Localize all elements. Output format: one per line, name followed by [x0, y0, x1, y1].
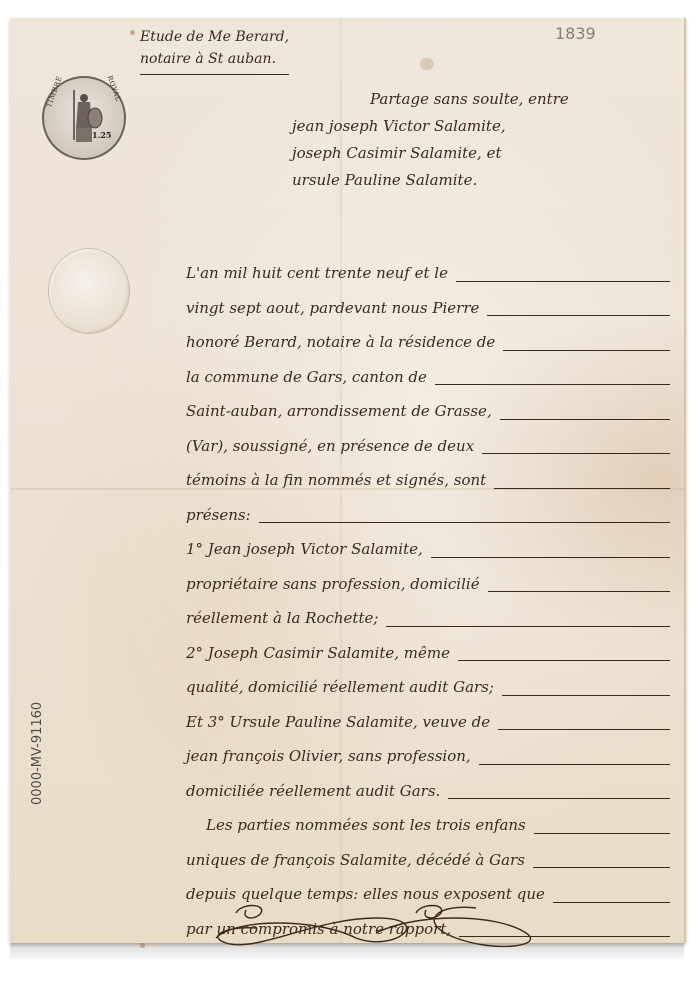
signature-flourish-icon [196, 898, 596, 958]
foxing-spot [140, 943, 145, 948]
body-line: Les parties nommées sont les trois enfan… [186, 808, 676, 843]
body-line: Saint-auban, arrondissement de Grasse, [186, 394, 676, 429]
line-filler-dash [498, 729, 670, 730]
line-filler-dash [482, 453, 670, 454]
line-filler-dash [488, 591, 670, 592]
body-line: Et 3° Ursule Pauline Salamite, veuve de [186, 705, 676, 740]
body-line: jean françois Olivier, sans profession, [186, 739, 676, 774]
body-line: L'an mil huit cent trente neuf et le [186, 256, 676, 291]
line-filler-dash [500, 419, 670, 420]
title-line: jean joseph Victor Salamite, [292, 113, 682, 140]
line-filler-dash [458, 660, 670, 661]
line-filler-dash [435, 384, 670, 385]
title-line: ursule Pauline Salamite. [292, 167, 682, 194]
title-line: joseph Casimir Salamite, et [292, 140, 682, 167]
line-filler-dash [502, 695, 670, 696]
body-line: uniques de françois Salamite, décédé à G… [186, 843, 676, 878]
deed-title: Partage sans soulte, entre jean joseph V… [292, 86, 682, 194]
line-filler-dash [386, 626, 670, 627]
body-line: 2° Joseph Casimir Salamite, même [186, 636, 676, 671]
notary-office-note: Etude de Me Berard, notaire à St auban. [140, 26, 289, 75]
body-line: (Var), soussigné, en présence de deux [186, 429, 676, 464]
tax-stamp-icon: TIMBRE ROYAL 1.25 [42, 76, 126, 160]
body-line: réellement à la Rochette; [186, 601, 676, 636]
line-filler-dash [431, 557, 670, 558]
line-filler-dash [479, 764, 670, 765]
body-line: domiciliée réellement audit Gars. [186, 774, 676, 809]
body-line: la commune de Gars, canton de [186, 360, 676, 395]
body-line: propriétaire sans profession, domicilié [186, 567, 676, 602]
foxing-spot [420, 58, 434, 70]
embossed-seal-icon [48, 248, 130, 334]
margin-archive-annotation: 0000-MV-91160 [30, 605, 45, 805]
body-line: vingt sept aout, pardevant nous Pierre [186, 291, 676, 326]
line-filler-dash [487, 315, 670, 316]
line-filler-dash [259, 522, 670, 523]
line-filler-dash [448, 798, 670, 799]
notary-office-line: notaire à St auban. [140, 48, 289, 70]
title-line: Partage sans soulte, entre [292, 86, 682, 113]
line-filler-dash [494, 488, 670, 489]
body-line: honoré Berard, notaire à la résidence de [186, 325, 676, 360]
notary-office-line: Etude de Me Berard, [140, 26, 289, 48]
line-filler-dash [534, 833, 670, 834]
body-line: 1° Jean joseph Victor Salamite, [186, 532, 676, 567]
body-line: témoins à la fin nommés et signés, sont [186, 463, 676, 498]
year-annotation: 1839 [555, 24, 596, 43]
foxing-spot [130, 30, 135, 35]
stamp-value: 1.25 [92, 130, 111, 140]
body-line: qualité, domicilié réellement audit Gars… [186, 670, 676, 705]
body-line: présens: [186, 498, 676, 533]
line-filler-dash [503, 350, 670, 351]
line-filler-dash [456, 281, 670, 282]
deed-body: L'an mil huit cent trente neuf et le vin… [186, 256, 676, 946]
line-filler-dash [533, 867, 670, 868]
